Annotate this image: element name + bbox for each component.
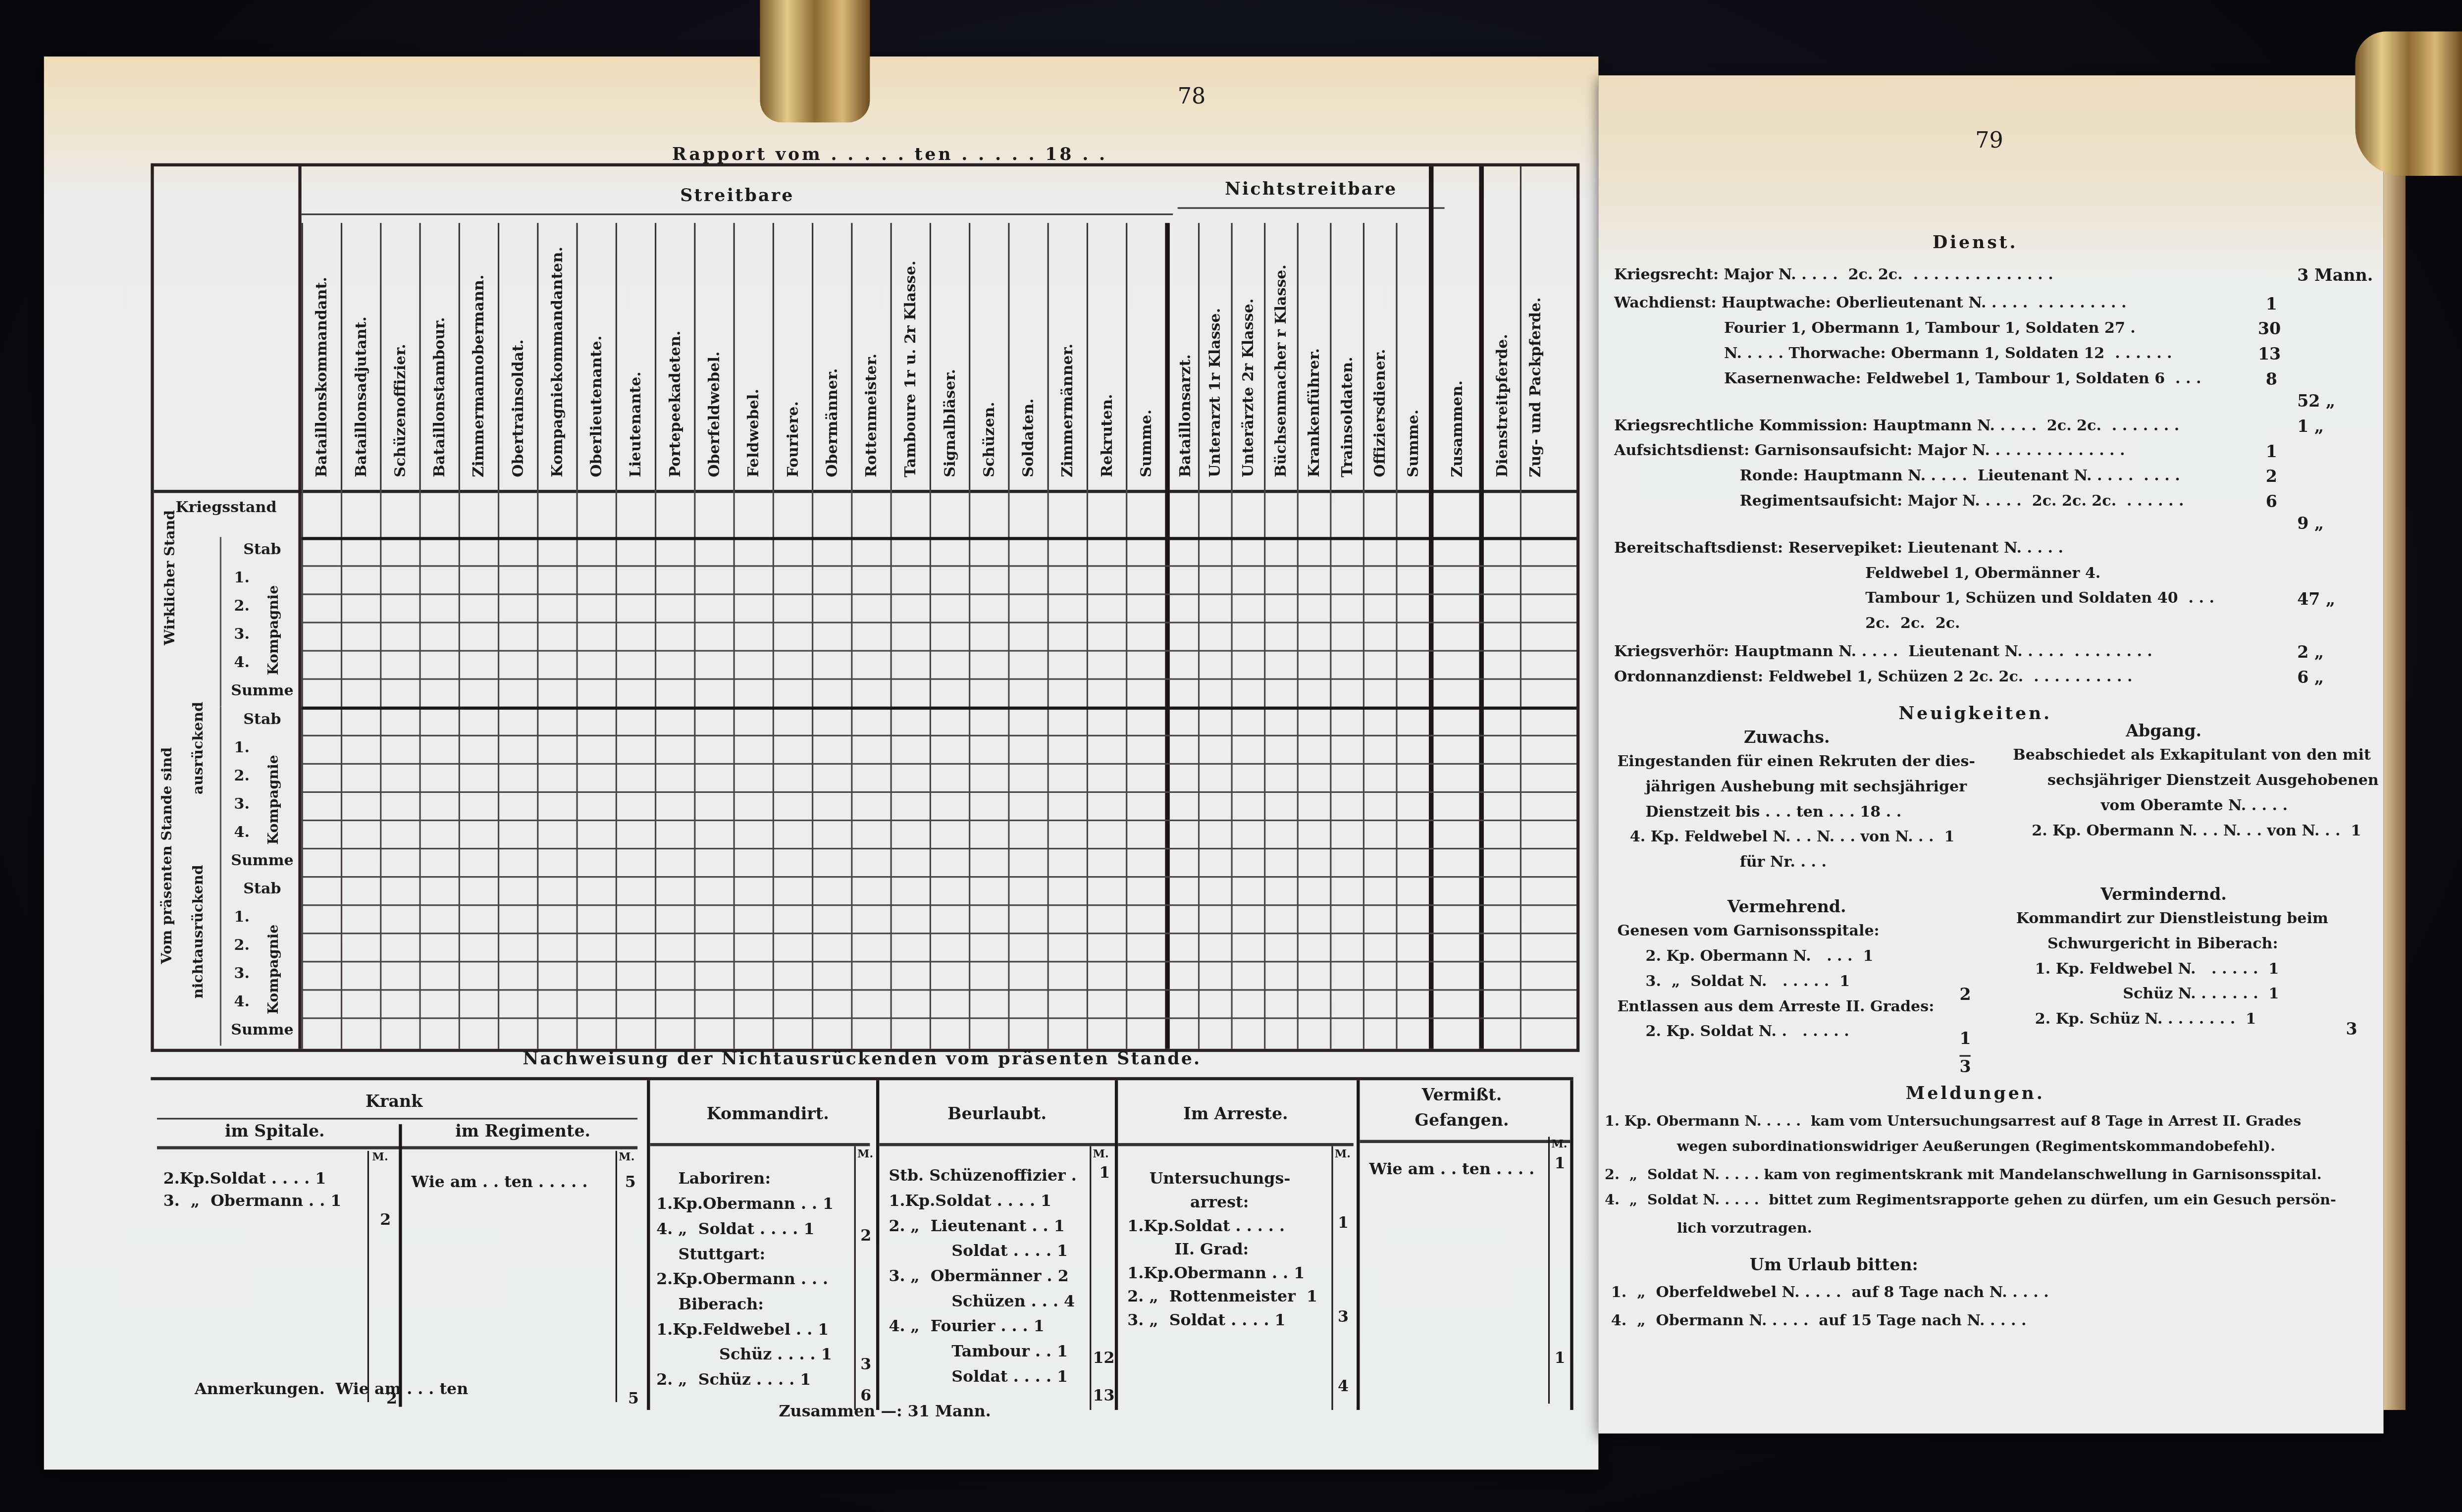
text-line: 4. „ Fourier . . . 1 <box>889 1319 1044 1336</box>
column-header-label: Feldwebel. <box>745 389 762 477</box>
dienst-line: Kriegsverhör: Hauptmann N. . . . . Lieut… <box>1614 644 2152 661</box>
column-header: Rekruten. <box>1087 223 1127 490</box>
grid-column-line <box>733 490 735 1049</box>
column-header-label: Summe. <box>1138 410 1155 477</box>
column-header-label: Fouriere. <box>785 401 802 477</box>
brass-hand-clamp-right <box>2355 31 2462 176</box>
abgang-title: Abgang. <box>1975 722 2352 741</box>
column-header-label: Zusammen. <box>1449 380 1467 477</box>
column-header-label: Unterärzte 2r Klasse. <box>1240 299 1257 477</box>
dienst-line: Kriegsrecht: Major N. . . . . 2c. 2c. . … <box>1614 267 2053 284</box>
grid-row-line <box>302 650 1576 652</box>
dienst-value: 8 <box>2266 370 2277 389</box>
column-header-label: Trainsoldaten. <box>1339 357 1356 477</box>
column-header-label: Soldaten. <box>1020 398 1037 477</box>
divider <box>220 537 221 706</box>
row-label-kompagnie: Kompagnie <box>267 585 283 676</box>
neuigkeiten-title: Neuigkeiten. <box>1598 703 2352 724</box>
vermindernd-line: 1. Kp. Feldwebel N. . . . . . 1 <box>2035 961 2279 978</box>
rapport-title: Rapport vom . . . . . ten . . . . . 18 .… <box>672 145 1107 165</box>
vermisst-header: Vermißt. <box>1360 1087 1564 1105</box>
column-header: Bataillonsadjutant. <box>341 223 381 490</box>
column-header: Bataillonskommandant. <box>302 223 342 490</box>
text-line: 3. „ Soldat . . . . 1 <box>1127 1312 1285 1330</box>
text-line: 2. „ Schüz . . . . 1 <box>656 1372 811 1390</box>
column-header-label: Bataillonstambour. <box>431 317 448 477</box>
dienst-total: 3 Mann. <box>2297 267 2373 286</box>
dienst-line: Bereitschaftsdienst: Reservepiket: Lieut… <box>1614 540 2063 558</box>
column-header-label: Bataillonsadjutant. <box>353 316 370 477</box>
column-header: Soldaten. <box>1008 223 1048 490</box>
grid-row-line <box>302 707 1576 710</box>
grid-column-line <box>616 490 617 1049</box>
grid-row-line <box>302 622 1576 623</box>
dienst-total: 52 „ <box>2297 393 2335 412</box>
row-label-summe: Summe <box>223 1022 302 1040</box>
column-header: Zimmermannobermann. <box>459 223 499 490</box>
grid-column-line <box>459 490 460 1049</box>
column-header: Unterarzt 1r Klasse. <box>1198 223 1233 490</box>
column-header-label: Zug- und Packpferde. <box>1528 297 1545 477</box>
spitale-header: im Spitale. <box>151 1123 399 1142</box>
grid-column-line <box>969 490 970 1049</box>
text-line: Schüzen . . . 4 <box>951 1294 1075 1311</box>
zuwachs-line: für Nr. . . . <box>1740 854 1827 872</box>
grid-column-line <box>1198 490 1200 1049</box>
dienst-value: 1 <box>2266 443 2277 462</box>
vermisst-line: Wie am . . ten . . . . <box>1369 1162 1535 1179</box>
dienst-value: 6 <box>2266 493 2277 512</box>
column-header: Büchsenmacher r Klasse. <box>1264 223 1299 490</box>
dienst-line: Fourier 1, Obermann 1, Tambour 1, Soldat… <box>1724 320 2136 338</box>
column-header-label: Rekruten. <box>1099 394 1116 477</box>
text-line: 4. „ Soldat . . . . 1 <box>656 1221 814 1239</box>
krank-header: Krank <box>151 1093 637 1112</box>
zusammen-total: Zusammen —: 31 Mann. <box>779 1404 991 1421</box>
column-header: Summe. <box>1126 223 1166 490</box>
zuwachs-title: Zuwachs. <box>1598 729 1975 747</box>
row-label-company-number: 1. <box>223 909 261 927</box>
regimente-line: Wie am . . ten . . . . . <box>412 1174 588 1192</box>
column-header: Zusammen. <box>1429 166 1484 490</box>
grid-column-line <box>1330 490 1331 1049</box>
grid-column-line <box>1264 490 1265 1049</box>
column-header-label: Offiziersdiener. <box>1371 349 1389 477</box>
grid-row-line <box>302 961 1576 962</box>
column-header: Portepeekadeten. <box>655 223 695 490</box>
column-header: Bataillonstambour. <box>419 223 460 490</box>
text-line: Soldat . . . . 1 <box>951 1369 1068 1387</box>
column-header-label: Schüzenoffizier. <box>392 344 409 477</box>
meldung-line: 4. „ Soldat N. . . . . bittet zum Regime… <box>1605 1193 2336 1209</box>
column-header: Feldwebel. <box>733 223 774 490</box>
urlaub-title: Um Urlaub bitten: <box>1598 1256 2069 1275</box>
column-header: Obermänner. <box>812 223 852 490</box>
regimente-header: im Regimente. <box>405 1123 641 1142</box>
grid-row-line <box>302 537 1576 540</box>
vermehrend-line: 2. Kp. Soldat N. . . . . . . <box>1645 1024 1849 1041</box>
grid-column-line <box>812 490 813 1049</box>
text-line: Stb. Schüzenoffizier . <box>889 1168 1077 1186</box>
grid-column-line <box>302 490 303 1049</box>
column-header: Zug- und Packpferde. <box>1520 166 1553 490</box>
arreste-header: Im Arreste. <box>1118 1105 1354 1124</box>
grid-column-line <box>851 490 852 1049</box>
meldung-line: wegen subordinationswidriger Aeußerungen… <box>1677 1140 2275 1156</box>
column-header-label: Bataillonsarzt. <box>1177 354 1194 477</box>
column-header-label: Krankenführer. <box>1306 348 1323 477</box>
right-page: 79 Dienst. Kriegsrecht: Major N. . . . .… <box>1598 75 2383 1433</box>
dienst-line: 2c. 2c. 2c. <box>1865 616 1960 633</box>
grid-column-line <box>498 490 499 1049</box>
abgang-line: vom Oberamte N. . . . . <box>2101 798 2288 815</box>
vermindernd-line: Schwurgericht in Biberach: <box>2047 936 2278 953</box>
text-line: 1.Kp.Feldwebel . . 1 <box>656 1322 829 1339</box>
column-header: Trainsoldaten. <box>1330 223 1364 490</box>
column-header: Dienstreitpferde. <box>1479 166 1524 490</box>
grid-row-line <box>302 565 1576 567</box>
group-header-nichtstreitbare: Nichtstreitbare <box>1178 179 1445 199</box>
column-header: Zimmermänner. <box>1048 223 1088 490</box>
column-header-label: Obermänner. <box>824 368 841 477</box>
grid-column-line <box>1165 490 1170 1049</box>
column-header: Bataillonsarzt. <box>1165 223 1203 490</box>
column-header-label: Schüzen. <box>981 402 998 477</box>
grid-column-line <box>1048 490 1049 1049</box>
row-label-company-number: 2. <box>223 938 261 955</box>
grid-row-line <box>302 904 1576 906</box>
column-header-label: Lieutenante. <box>628 371 645 477</box>
row-label-summe: Summe <box>223 683 302 700</box>
text-line: 2. „ Lieutenant . . 1 <box>889 1218 1064 1236</box>
row-label-company-number: 3. <box>223 966 261 983</box>
meldung-line: 2. „ Soldat N. . . . . kam von regiments… <box>1605 1168 2322 1184</box>
text-line: 2.Kp.Obermann . . . <box>656 1272 828 1289</box>
column-header-label: Rottenmeister. <box>863 354 880 477</box>
column-header-label: Unterarzt 1r Klasse. <box>1206 308 1224 477</box>
grid-column-line <box>891 490 892 1049</box>
column-header-label: Portepeekadeten. <box>667 330 684 477</box>
row-group-nichtausrueckend: nichtausrückend <box>192 865 208 998</box>
row-group-praesent-stand: Vom präsenten Stande sind <box>160 747 176 964</box>
column-header-label: Signalbläser. <box>942 369 959 477</box>
row-label-stab: Stab <box>226 542 299 559</box>
row-label-company-number: 2. <box>223 768 261 785</box>
text-line: Laboriren: <box>679 1171 771 1189</box>
row-label-company-number: 3. <box>223 796 261 813</box>
column-header: Offiziersdiener. <box>1363 223 1398 490</box>
page-number-right: 79 <box>1975 129 2003 154</box>
text-line: arrest: <box>1190 1195 1249 1212</box>
text-line: Untersuchungs- <box>1150 1171 1291 1189</box>
grid-row-line <box>302 820 1576 821</box>
dienst-line: Kasernenwache: Feldwebel 1, Tambour 1, S… <box>1724 370 2201 388</box>
text-line: Biberach: <box>679 1297 764 1314</box>
zuwachs-line: Eingestanden für einen Rekruten der dies… <box>1617 754 1975 771</box>
kommandirt-header: Kommandirt. <box>650 1105 886 1124</box>
grid-column-line <box>1297 490 1299 1049</box>
zuwachs-line: Dienstzeit bis . . . ten . . . 18 . . <box>1645 804 1901 821</box>
text-line: 1.Kp.Soldat . . . . 1 <box>889 1193 1051 1210</box>
spitale-line: 3. „ Obermann . . 1 <box>163 1193 342 1210</box>
grid-column-line <box>1231 490 1233 1049</box>
abgang-line: Beabschiedet als Exkapitulant von den mi… <box>2013 747 2371 765</box>
zuwachs-line: 4. Kp. Feldwebel N. . . N. . . von N. . … <box>1630 829 1955 846</box>
grid-column-line <box>537 490 538 1049</box>
column-header: Tamboure 1r u. 2r Klasse. <box>891 223 931 490</box>
column-header: Schüzen. <box>969 223 1009 490</box>
grid-column-line <box>1126 490 1127 1049</box>
grid-row-line <box>302 876 1576 878</box>
dienst-total: 6 „ <box>2297 669 2324 688</box>
text-line: Soldat . . . . 1 <box>951 1244 1068 1261</box>
grid-column-line <box>930 490 931 1049</box>
column-header: Oberfeldwebel. <box>694 223 734 490</box>
row-group-wirklicher-stand: Wirklicher Stand <box>163 510 179 645</box>
dienst-value: 30 <box>2258 320 2281 339</box>
dienst-line: Feldwebel 1, Obermänner 4. <box>1865 565 2100 582</box>
column-header: Obertrainsoldat. <box>498 223 538 490</box>
row-label-summe: Summe <box>223 852 302 870</box>
vermindernd-line: Schüz N. . . . . . . 1 <box>2123 986 2279 1003</box>
meldung-line: lich vorzutragen. <box>1677 1221 1812 1237</box>
column-header: Fouriere. <box>773 223 813 490</box>
column-header-label: Bataillonskommandant. <box>313 277 330 477</box>
dienst-line: Ordonnanzdienst: Feldwebel 1, Schüzen 2 … <box>1614 669 2132 686</box>
vermindernd-title: Vermindernd. <box>1975 886 2352 904</box>
divider <box>220 707 221 876</box>
text-line: Schüz . . . . 1 <box>719 1347 832 1364</box>
grid-row-line <box>302 989 1576 991</box>
vermehrend-line: 3. „ Soldat N. . . . . . 1 <box>1645 974 1850 991</box>
text-line: 1.Kp.Obermann . . 1 <box>656 1197 834 1214</box>
urlaub-line: 1. „ Oberfeldwebel N. . . . . auf 8 Tage… <box>1611 1284 2049 1302</box>
brass-hand-clamp-left <box>760 0 870 122</box>
grid-column-line <box>1008 490 1009 1049</box>
column-header: Lieutenante. <box>616 223 656 490</box>
row-label-company-number: 4. <box>223 994 261 1011</box>
nachweisung-title: Nachweisung der Nichtausrückenden vom pr… <box>151 1049 1573 1069</box>
text-line: 1.Kp.Soldat . . . . . <box>1127 1218 1285 1236</box>
grid-column-line <box>576 490 578 1049</box>
group-header-streitbare: Streitbare <box>302 185 1173 206</box>
vermehrend-line: Entlassen aus dem Arreste II. Grades: <box>1617 998 1934 1016</box>
grid-column-line <box>1363 490 1364 1049</box>
grid-row-line <box>302 933 1576 934</box>
column-header: Summe. <box>1396 223 1430 490</box>
column-header: Signalbläser. <box>930 223 970 490</box>
text-line: 2. „ Rottenmeister 1 <box>1127 1289 1317 1306</box>
book-photo: 78 Rapport vom . . . . . ten . . . . . 1… <box>0 0 2462 1512</box>
grid-row-line <box>302 593 1576 595</box>
row-label-company-number: 3. <box>223 626 261 644</box>
dienst-line: Kriegsrechtliche Kommission: Hauptmann N… <box>1614 417 2179 435</box>
column-header-label: Zimmermannobermann. <box>471 275 488 477</box>
dienst-line: Ronde: Hauptmann N. . . . . Lieutenant N… <box>1740 468 2180 485</box>
column-header: Oberlieutenante. <box>576 223 617 490</box>
column-header: Unterärzte 2r Klasse. <box>1231 223 1266 490</box>
grid-column-line <box>1479 490 1484 1049</box>
grid-column-line <box>655 490 656 1049</box>
abgang-line: 2. Kp. Obermann N. . . N. . . von N. . .… <box>2032 823 2361 840</box>
dienst-total: 9 „ <box>2297 515 2324 534</box>
strength-report-table: Streitbare Nichtstreitbare Bataillonskom… <box>151 163 1579 1052</box>
grid-row-line <box>302 848 1576 849</box>
dienst-total: 47 „ <box>2297 590 2335 609</box>
vermehrend-line: Genesen vom Garnisonsspitale: <box>1617 923 1879 940</box>
column-header-label: Summe. <box>1405 410 1422 477</box>
grid-column-line <box>380 490 381 1049</box>
dienst-line: Tambour 1, Schüzen und Soldaten 40 . . . <box>1865 590 2214 608</box>
grid-column-line <box>1396 490 1397 1049</box>
column-header: Rottenmeister. <box>851 223 891 490</box>
text-line: II. Grad: <box>1174 1242 1249 1259</box>
column-header: Kompagniekommandanten. <box>537 223 577 490</box>
row-label-company-number: 1. <box>223 739 261 757</box>
dienst-total: 2 „ <box>2297 644 2324 663</box>
row-label-kompagnie: Kompagnie <box>267 924 283 1014</box>
grid-column-line <box>1087 490 1088 1049</box>
text-line: Tambour . . 1 <box>951 1344 1068 1361</box>
vermindernd-line: 2. Kp. Schüz N. . . . . . . . 1 <box>2035 1011 2256 1029</box>
text-line: 3. „ Obermänner . 2 <box>889 1269 1068 1286</box>
dienst-line: Wachdienst: Hauptwache: Oberlieutenant N… <box>1614 295 2127 313</box>
gefangen-header: Gefangen. <box>1360 1112 1564 1131</box>
grid-column-line <box>419 490 420 1049</box>
row-label-stab: Stab <box>226 881 299 898</box>
dienst-value: 1 <box>2266 295 2277 314</box>
grid-column-line <box>694 490 695 1049</box>
vermehrend-title: Vermehrend. <box>1598 898 1975 917</box>
grid-row-line <box>302 1017 1576 1019</box>
column-header: Schüzenoffizier. <box>380 223 420 490</box>
column-header: Krankenführer. <box>1297 223 1332 490</box>
text-line: Stuttgart: <box>679 1247 766 1264</box>
row-label-company-number: 2. <box>223 598 261 616</box>
row-label-company-number: 1. <box>223 570 261 587</box>
dienst-value: 2 <box>2266 468 2277 487</box>
grid-column-line <box>1429 490 1434 1049</box>
urlaub-line: 4. „ Obermann N. . . . . auf 15 Tage nac… <box>1611 1312 2027 1330</box>
column-header-label: Oberfeldwebel. <box>706 352 723 477</box>
beurlaubt-header: Beurlaubt. <box>879 1105 1115 1124</box>
divider <box>220 876 221 1045</box>
row-label-company-number: 4. <box>223 655 261 672</box>
text-line: 1.Kp.Obermann . . 1 <box>1127 1265 1305 1283</box>
meldungen-title: Meldungen. <box>1598 1084 2352 1104</box>
anmerkungen: Anmerkungen. Wie am . . . ten <box>195 1382 468 1399</box>
grid-column-line <box>773 490 774 1049</box>
column-header-label: Dienstreitpferde. <box>1495 334 1512 477</box>
column-header-label: Oberlieutenante. <box>588 336 605 477</box>
grid-column-line <box>1520 490 1521 1049</box>
row-label-stab: Stab <box>226 711 299 729</box>
page-number-left: 78 <box>1178 85 1206 110</box>
grid-row-line <box>302 678 1576 680</box>
meldung-line: 1. Kp. Obermann N. . . . . kam vom Unter… <box>1605 1115 2301 1131</box>
row-label-company-number: 4. <box>223 824 261 841</box>
abgang-line: sechsjähriger Dienstzeit Ausgehobenen <box>2047 773 2379 790</box>
column-header-label: Kompagniekommandanten. <box>549 247 566 477</box>
vermindernd-line: Kommandirt zur Dienstleistung beim <box>2016 911 2328 928</box>
dienst-line: Regimentsaufsicht: Major N. . . . . 2c. … <box>1740 493 2184 510</box>
column-header-label: Tamboure 1r u. 2r Klasse. <box>902 261 919 477</box>
row-group-ausrueckend: ausrückend <box>192 702 208 794</box>
dienst-title: Dienst. <box>1598 232 2352 253</box>
zuwachs-line: jährigen Aushebung mit sechsjähriger <box>1645 779 1967 796</box>
grid-column-line <box>341 490 342 1049</box>
column-header-label: Büchsenmacher r Klasse. <box>1273 264 1290 477</box>
dienst-line: Aufsichtsdienst: Garnisonsaufsicht: Majo… <box>1614 443 2125 460</box>
dienst-line: N. . . . . Thorwache: Obermann 1, Soldat… <box>1724 345 2172 363</box>
column-header-label: Obertrainsoldat. <box>510 339 527 477</box>
nachweisung-section: Krank im Spitale. im Regimente. M. M. 2.… <box>151 1077 1573 1422</box>
left-page: 78 Rapport vom . . . . . ten . . . . . 1… <box>44 56 1599 1469</box>
spitale-line: 2.Kp.Soldat . . . . 1 <box>163 1171 326 1189</box>
dienst-value: 13 <box>2258 345 2281 364</box>
column-header-label: Zimmermänner. <box>1059 344 1076 477</box>
row-label-kompagnie: Kompagnie <box>267 755 283 845</box>
vermehrend-line: 2. Kp. Obermann N. . . . 1 <box>1645 948 1873 966</box>
grid-row-line <box>302 735 1576 736</box>
dienst-total: 1 „ <box>2297 417 2324 436</box>
grid-row-line <box>302 791 1576 793</box>
grid-row-line <box>302 763 1576 765</box>
